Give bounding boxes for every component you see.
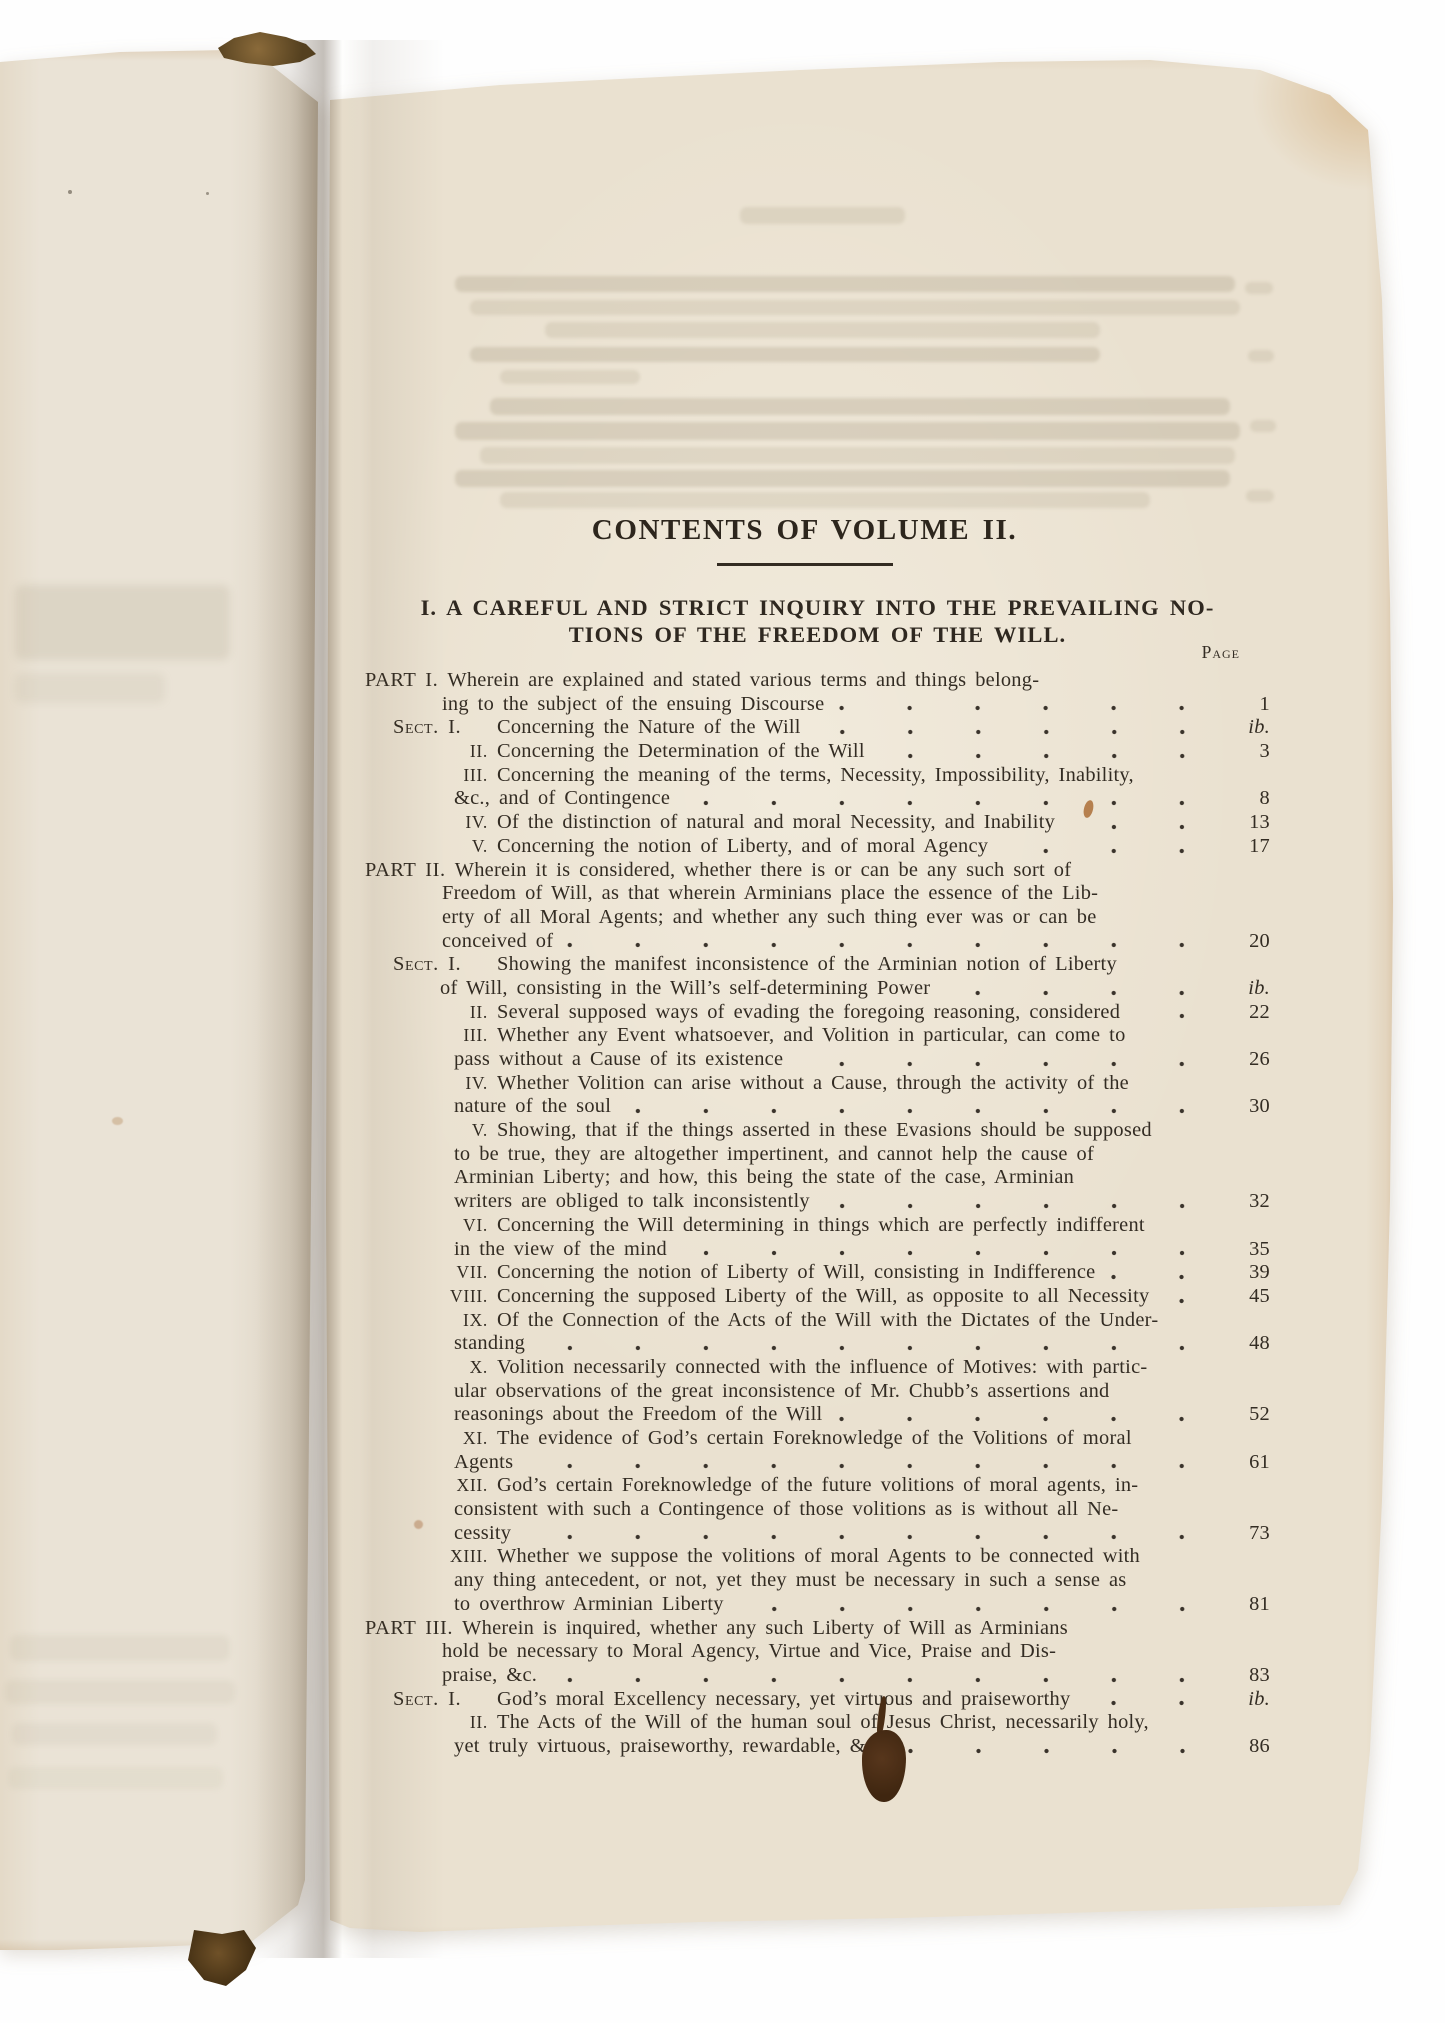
dot-leader: [527, 1462, 1216, 1470]
dot-leader: [684, 799, 1216, 807]
toc-page-number: 1: [1226, 693, 1270, 716]
toc-line: to overthrow Arminian Liberty81: [365, 1593, 1270, 1617]
toc-line-text: Wherein it is considered, whether there …: [455, 859, 1072, 882]
toc-page-number: ib.: [1226, 716, 1270, 739]
toc-line: III.Concerning the meaning of the terms,…: [365, 764, 1270, 788]
spine-tail: [186, 1930, 258, 1988]
toc-line-text: ular observations of the great inconsist…: [454, 1380, 1109, 1403]
toc-line: Sect. I.Concerning the Nature of the Wil…: [365, 716, 1270, 740]
bleed-through-blob: [12, 1723, 217, 1745]
toc-line-label: II.: [365, 1002, 497, 1023]
toc-line-label: VII.: [365, 1262, 497, 1283]
toc-line-label: II.: [365, 741, 497, 762]
toc-line: any thing antecedent, or not, yet they m…: [365, 1569, 1270, 1593]
dot-leader: [1134, 1012, 1216, 1020]
dot-leader: [836, 1415, 1216, 1423]
toc-line-text: standing: [454, 1332, 525, 1355]
toc-page-number: 45: [1226, 1285, 1270, 1308]
toc-line-text: Of the distinction of natural and moral …: [497, 811, 1055, 834]
toc-line: VIII.Concerning the supposed Liberty of …: [365, 1285, 1270, 1309]
toc-line-label: III.: [365, 765, 497, 786]
toc-line: ular observations of the great inconsist…: [365, 1380, 1270, 1404]
dot-leader: [824, 1202, 1216, 1210]
toc-line-text: Concerning the supposed Liberty of the W…: [497, 1285, 1149, 1308]
dot-leader: [879, 752, 1216, 760]
dot-leader: [551, 1676, 1216, 1684]
dot-leader: [681, 1249, 1216, 1257]
rust-speck: [1082, 799, 1095, 819]
toc-line-text: Arminian Liberty; and how, this being th…: [454, 1166, 1074, 1189]
toc-line-label: PART I.: [365, 669, 447, 692]
toc-line: consistent with such a Contingence of th…: [365, 1498, 1270, 1522]
toc-line-label: XIII.: [365, 1546, 497, 1567]
toc-line: PART II.Wherein it is considered, whethe…: [365, 859, 1270, 883]
toc-line: cessity73: [365, 1522, 1270, 1546]
toc-page-number: 81: [1226, 1593, 1270, 1616]
toc-line: of Will, consisting in the Will’s self-d…: [365, 977, 1270, 1001]
dot-leader: [838, 704, 1216, 712]
toc-line-label: V.: [365, 836, 497, 857]
bleed-through-blob: [10, 1635, 230, 1661]
bleed-through-line: [500, 370, 640, 384]
paper-speck: [68, 190, 72, 194]
bleed-through-line: [545, 322, 1100, 338]
toc-line-text: Showing the manifest inconsistence of th…: [497, 953, 1117, 976]
toc-line: Arminian Liberty; and how, this being th…: [365, 1166, 1270, 1190]
toc-line: reasonings about the Freedom of the Will…: [365, 1403, 1270, 1427]
bleed-through-blob: [8, 1767, 223, 1789]
toc-line: PART III.Wherein is inquired, whether an…: [365, 1617, 1270, 1641]
toc-line: Sect. I.Showing the manifest inconsisten…: [365, 953, 1270, 977]
toc-line-label: Sect. I.: [393, 953, 497, 976]
dot-leader: [738, 1605, 1216, 1613]
toc-line-text: Showing, that if the things asserted in …: [497, 1119, 1152, 1142]
dot-leader: [1084, 1699, 1216, 1707]
toc-line-text: Whether any Event whatsoever, and Voliti…: [497, 1024, 1126, 1047]
dot-leader: [895, 1747, 1217, 1755]
toc-line: standing48: [365, 1332, 1270, 1356]
toc-line: praise, &c.83: [365, 1664, 1270, 1688]
dot-leader: [1109, 1273, 1216, 1281]
book-page: CONTENTS OF VOLUME II. I. A CAREFUL AND …: [300, 40, 1400, 1952]
toc-line-text: nature of the soul: [454, 1095, 611, 1118]
toc-page-number: 73: [1226, 1522, 1270, 1545]
bleed-through-line: [740, 207, 905, 224]
toc-line: Agents61: [365, 1451, 1270, 1475]
toc-line-text: God’s moral Excellency necessary, yet vi…: [497, 1688, 1070, 1711]
ink-stain: [862, 1730, 906, 1802]
toc-line-label: IV.: [365, 812, 497, 833]
toc-page-number: 17: [1226, 835, 1270, 858]
ink-stain: [875, 1696, 887, 1739]
toc-page-number: 20: [1226, 930, 1270, 953]
toc-line: Sect. I.God’s moral Excellency necessary…: [365, 1688, 1270, 1712]
toc-line: Freedom of Will, as that wherein Arminia…: [365, 882, 1270, 906]
toc-page-number: 26: [1226, 1048, 1270, 1071]
toc-page-number: 22: [1226, 1001, 1270, 1024]
toc-line-text: of Will, consisting in the Will’s self-d…: [440, 977, 930, 1000]
toc-line: II.Several supposed ways of evading the …: [365, 1001, 1270, 1025]
toc-line: VI.Concerning the Will determining in th…: [365, 1214, 1270, 1238]
toc-line: conceived of20: [365, 930, 1270, 954]
toc-line-text: The evidence of God’s certain Foreknowle…: [497, 1427, 1132, 1450]
bleed-through-line: [490, 398, 1230, 415]
bleed-through-blob: [5, 1680, 235, 1704]
toc-line: pass without a Cause of its existence26: [365, 1048, 1270, 1072]
toc-line-text: Concerning the meaning of the terms, Nec…: [497, 764, 1134, 787]
toc-page-number: 13: [1226, 811, 1270, 834]
page-title: CONTENTS OF VOLUME II.: [365, 513, 1244, 547]
bleed-through-line: [470, 300, 1240, 315]
toc-line-text: Whether Volition can arise without a Cau…: [497, 1072, 1129, 1095]
toc-line-text: reasonings about the Freedom of the Will: [454, 1403, 822, 1426]
toc-line: nature of the soul30: [365, 1095, 1270, 1119]
toc-line-label: III.: [365, 1025, 497, 1046]
paper-speck: [206, 192, 209, 195]
work-heading-line1: I. A CAREFUL AND STRICT INQUIRY INTO THE…: [365, 594, 1270, 621]
dot-leader: [567, 941, 1216, 949]
toc-line-label: PART III.: [365, 1617, 462, 1640]
toc-line-label: XII.: [365, 1475, 497, 1496]
toc-page-number: 48: [1226, 1332, 1270, 1355]
toc-line-label: VI.: [365, 1215, 497, 1236]
toc-line-text: hold be necessary to Moral Agency, Virtu…: [442, 1640, 1056, 1663]
toc-line-text: The Acts of the Will of the human soul o…: [497, 1711, 1149, 1734]
toc-line-text: Concerning the Will determining in thing…: [497, 1214, 1145, 1237]
toc-line-text: Whether we suppose the volitions of mora…: [497, 1545, 1140, 1568]
toc-line-label: XI.: [365, 1428, 497, 1449]
dot-leader: [797, 1060, 1216, 1068]
dot-leader: [1002, 847, 1216, 855]
toc-line: to be true, they are altogether impertin…: [365, 1143, 1270, 1167]
toc-line-text: ing to the subject of the ensuing Discou…: [442, 693, 824, 716]
toc-line-text: writers are obliged to talk inconsistent…: [454, 1190, 810, 1213]
dot-leader: [525, 1533, 1216, 1541]
toc-line-text: any thing antecedent, or not, yet they m…: [454, 1569, 1127, 1592]
bleed-through-line: [455, 276, 1235, 292]
table-of-contents: CONTENTS OF VOLUME II. I. A CAREFUL AND …: [365, 513, 1270, 1759]
dot-leader: [815, 728, 1216, 736]
photo-backdrop: CONTENTS OF VOLUME II. I. A CAREFUL AND …: [0, 0, 1445, 2023]
toc-line: IV.Of the distinction of natural and mor…: [365, 811, 1270, 835]
bleed-through-number: [1248, 350, 1274, 362]
toc-line: ing to the subject of the ensuing Discou…: [365, 693, 1270, 717]
toc-line-text: Volition necessarily connected with the …: [497, 1356, 1147, 1379]
toc-line: hold be necessary to Moral Agency, Virtu…: [365, 1640, 1270, 1664]
toc-line-text: praise, &c.: [442, 1664, 537, 1687]
dot-leader: [1069, 823, 1216, 831]
facing-page: [0, 45, 325, 1955]
toc-page-number: 35: [1226, 1238, 1270, 1261]
toc-line: yet truly virtuous, praiseworthy, reward…: [365, 1735, 1270, 1759]
toc-line: IV.Whether Volition can arise without a …: [365, 1072, 1270, 1096]
toc-line-label: VIII.: [365, 1286, 497, 1307]
toc-line-text: erty of all Moral Agents; and whether an…: [442, 906, 1097, 929]
toc-line-text: &c., and of Contingence: [454, 787, 670, 810]
toc-line: II.Concerning the Determination of the W…: [365, 740, 1270, 764]
toc-line: erty of all Moral Agents; and whether an…: [365, 906, 1270, 930]
toc-line-label: PART II.: [365, 859, 455, 882]
toc-page-number: ib.: [1226, 1688, 1270, 1711]
bleed-through-line: [455, 470, 1230, 487]
page-column-label: Page: [365, 642, 1270, 663]
toc-line-text: cessity: [454, 1522, 511, 1545]
toc-line-text: to be true, they are altogether impertin…: [454, 1143, 1094, 1166]
spine-headband: [218, 32, 318, 70]
toc-line: XII.God’s certain Foreknowledge of the f…: [365, 1474, 1270, 1498]
toc-line-label: Sect. I.: [393, 716, 497, 739]
toc-line-text: Wherein is inquired, whether any such Li…: [462, 1617, 1068, 1640]
toc-line-text: Concerning the notion of Liberty, and of…: [497, 835, 988, 858]
toc-line-text: Several supposed ways of evading the for…: [497, 1001, 1120, 1024]
bleed-through-line: [500, 492, 1150, 508]
toc-line-text: Of the Connection of the Acts of the Wil…: [497, 1309, 1158, 1332]
toc-line-text: Concerning the Determination of the Will: [497, 740, 865, 763]
gutter-shadow: [255, 40, 445, 1958]
toc-line: PART I.Wherein are explained and stated …: [365, 669, 1270, 693]
toc-line-text: Freedom of Will, as that wherein Arminia…: [442, 882, 1098, 905]
toc-line-label: V.: [365, 1120, 497, 1141]
work-heading: I. A CAREFUL AND STRICT INQUIRY INTO THE…: [365, 594, 1270, 648]
toc-line-text: conceived of: [442, 930, 553, 953]
toc-list: PART I.Wherein are explained and stated …: [365, 669, 1270, 1759]
toc-page-number: 86: [1226, 1735, 1270, 1758]
toc-line: XIII.Whether we suppose the volitions of…: [365, 1545, 1270, 1569]
toc-line: IX.Of the Connection of the Acts of the …: [365, 1309, 1270, 1333]
toc-line: in the view of the mind35: [365, 1238, 1270, 1262]
toc-line-label: X.: [365, 1357, 497, 1378]
toc-line-label: II.: [365, 1712, 497, 1733]
toc-line-text: consistent with such a Contingence of th…: [454, 1498, 1118, 1521]
toc-page-number: 3: [1226, 740, 1270, 763]
toc-line: V.Concerning the notion of Liberty, and …: [365, 835, 1270, 859]
toc-line-text: pass without a Cause of its existence: [454, 1048, 783, 1071]
toc-line-label: IX.: [365, 1310, 497, 1331]
toc-page-number: 61: [1226, 1451, 1270, 1474]
dot-leader: [944, 989, 1216, 997]
toc-line-text: God’s certain Foreknowledge of the futur…: [497, 1474, 1138, 1497]
toc-line-text: yet truly virtuous, praiseworthy, reward…: [454, 1735, 881, 1758]
toc-page-number: 8: [1226, 787, 1270, 810]
toc-line: XI.The evidence of God’s certain Forekno…: [365, 1427, 1270, 1451]
toc-line-text: to overthrow Arminian Liberty: [454, 1593, 724, 1616]
foxing-spot: [414, 1520, 423, 1529]
dot-leader: [625, 1107, 1216, 1115]
toc-line: II.The Acts of the Will of the human sou…: [365, 1711, 1270, 1735]
bleed-through-line: [455, 422, 1240, 440]
toc-page-number: 83: [1226, 1664, 1270, 1687]
toc-page-number: 52: [1226, 1403, 1270, 1426]
toc-line: III.Whether any Event whatsoever, and Vo…: [365, 1024, 1270, 1048]
foxing-spot: [112, 1117, 123, 1125]
toc-line: writers are obliged to talk inconsistent…: [365, 1190, 1270, 1214]
toc-line-label: IV.: [365, 1073, 497, 1094]
toc-line: &c., and of Contingence8: [365, 787, 1270, 811]
toc-line-text: Concerning the Nature of the Will: [497, 716, 801, 739]
toc-page-number: ib.: [1226, 977, 1270, 1000]
bleed-through-line: [480, 447, 1235, 464]
bleed-through-line: [470, 347, 1100, 362]
dot-leader: [539, 1344, 1216, 1352]
toc-line-text: Agents: [454, 1451, 513, 1474]
title-rule: [717, 563, 893, 566]
bleed-through-number: [1245, 282, 1273, 294]
bleed-through-number: [1250, 420, 1276, 432]
toc-line: X.Volition necessarily connected with th…: [365, 1356, 1270, 1380]
work-heading-line2: TIONS OF THE FREEDOM OF THE WILL.: [365, 621, 1270, 648]
dot-leader: [1163, 1297, 1216, 1305]
bleed-through-blob: [15, 585, 230, 660]
toc-line: VII.Concerning the notion of Liberty of …: [365, 1261, 1270, 1285]
toc-line-label: Sect. I.: [393, 1688, 497, 1711]
toc-line: V.Showing, that if the things asserted i…: [365, 1119, 1270, 1143]
toc-line-text: in the view of the mind: [454, 1238, 667, 1261]
toc-line-text: Wherein are explained and stated various…: [447, 669, 1039, 692]
toc-page-number: 32: [1226, 1190, 1270, 1213]
toc-page-number: 39: [1226, 1261, 1270, 1284]
toc-line-text: Concerning the notion of Liberty of Will…: [497, 1261, 1095, 1284]
bleed-through-number: [1246, 490, 1274, 502]
bleed-through-blob: [15, 673, 165, 703]
toc-page-number: 30: [1226, 1095, 1270, 1118]
